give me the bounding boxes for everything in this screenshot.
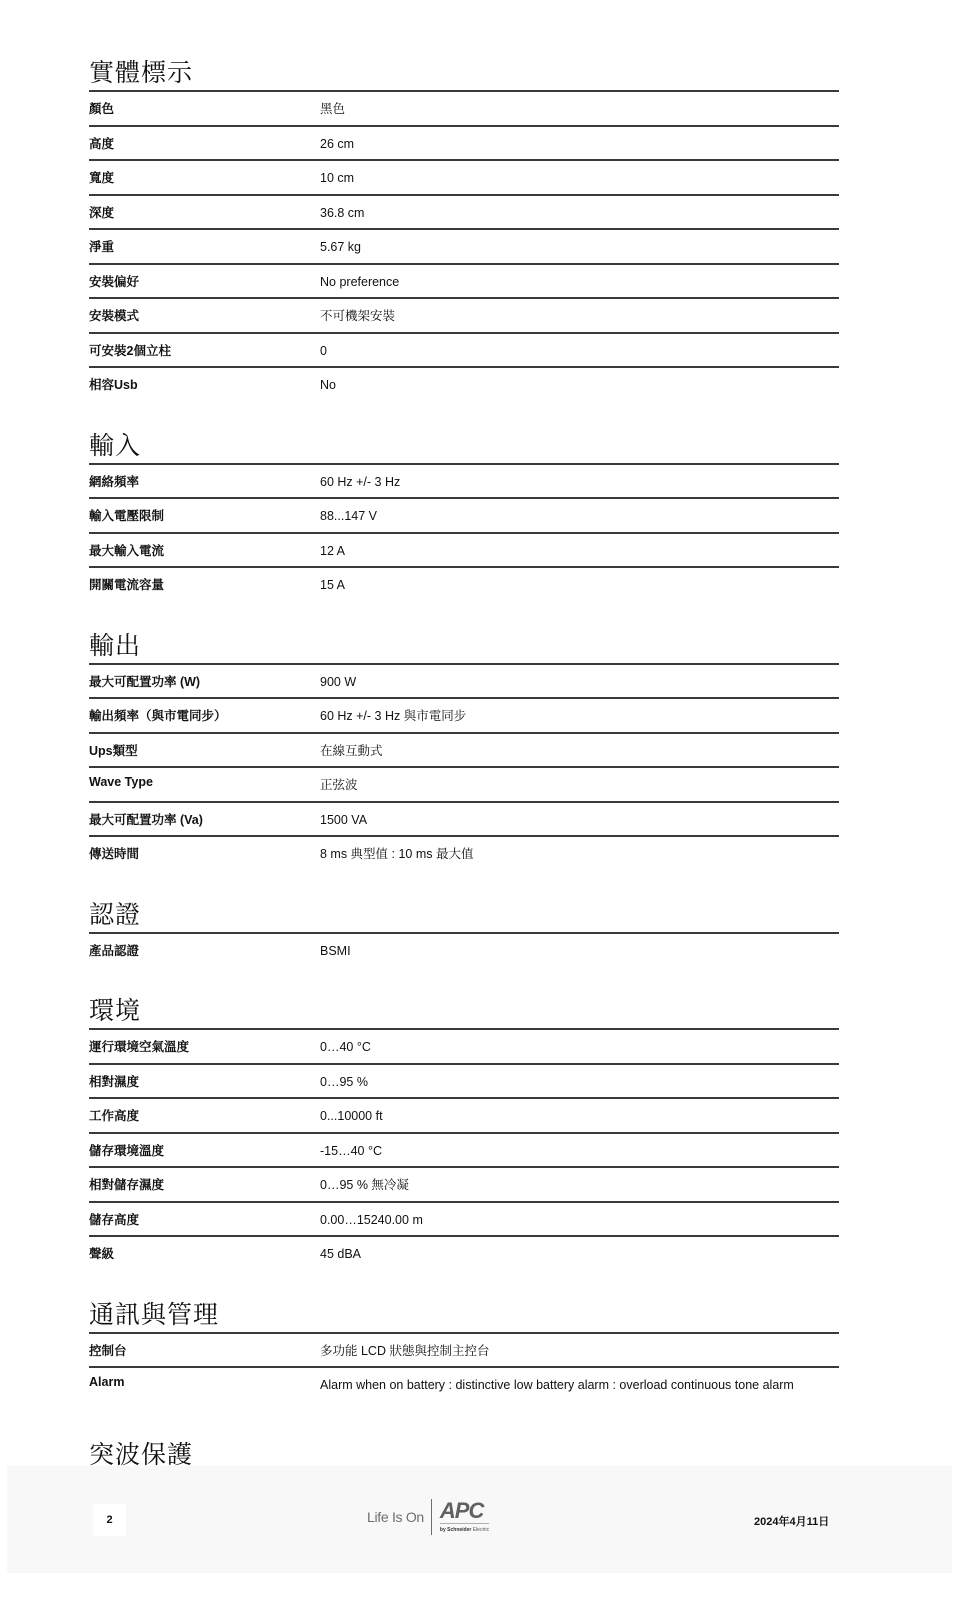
spec-label: Wave Type xyxy=(89,775,153,789)
schneider-electric: Electric xyxy=(473,1527,489,1533)
spec-row: 輸入電壓限制88...147 V xyxy=(89,499,839,534)
section-input: 輸入 網絡頻率60 Hz +/- 3 Hz 輸入電壓限制88...147 V 最… xyxy=(89,431,839,601)
section-title: 輸入 xyxy=(89,431,839,461)
spec-row: 深度36.8 cm xyxy=(89,196,839,231)
spec-row: 輸出頻率（與市電同步）60 Hz +/- 3 Hz 與市電同步 xyxy=(89,699,839,734)
spec-label: 運行環境空氣溫度 xyxy=(89,1037,189,1055)
spec-value: Alarm when on battery : distinctive low … xyxy=(320,1377,800,1393)
spec-label: 安裝偏好 xyxy=(89,272,139,290)
section-title: 認證 xyxy=(89,900,839,930)
spec-row: 控制台多功能 LCD 狀態與控制主控台 xyxy=(89,1334,839,1369)
spec-row: 聲級45 dBA xyxy=(89,1237,839,1270)
spec-value: 0...10000 ft xyxy=(320,1108,800,1124)
spec-label: 相容Usb xyxy=(89,375,138,393)
spec-row: 最大可配置功率 (W)900 W xyxy=(89,665,839,700)
spec-label: 寬度 xyxy=(89,168,114,186)
spec-row: 寬度10 cm xyxy=(89,161,839,196)
spec-row: 淨重5.67 kg xyxy=(89,230,839,265)
spec-row: 開關電流容量15 A xyxy=(89,568,839,601)
section-physical: 實體標示 顏色黑色 高度26 cm 寬度10 cm 深度36.8 cm 淨重5.… xyxy=(89,58,839,401)
spec-value: 60 Hz +/- 3 Hz xyxy=(320,474,800,490)
spec-row: 安裝模式不可機架安裝 xyxy=(89,299,839,334)
spec-label: 安裝模式 xyxy=(89,306,139,324)
spec-value: 0 xyxy=(320,343,800,359)
spec-value: 10 cm xyxy=(320,170,800,186)
spec-label: 聲級 xyxy=(89,1244,114,1262)
spec-row: Wave Type正弦波 xyxy=(89,768,839,803)
spec-value: 0…95 % 無冷凝 xyxy=(320,1177,800,1193)
spec-row: 網絡頻率60 Hz +/- 3 Hz xyxy=(89,465,839,500)
spec-value: 26 cm xyxy=(320,136,800,152)
spec-value: 在線互動式 xyxy=(320,743,800,759)
spec-label: 最大可配置功率 (W) xyxy=(89,672,200,690)
spec-row: 儲存高度0.00…15240.00 m xyxy=(89,1203,839,1238)
spec-value: 不可機架安裝 xyxy=(320,308,800,324)
spec-value: No xyxy=(320,377,800,393)
spec-value: 0…40 °C xyxy=(320,1039,800,1055)
spec-value: 0…95 % xyxy=(320,1074,800,1090)
spec-row: 最大可配置功率 (Va)1500 VA xyxy=(89,803,839,838)
spec-label: 工作高度 xyxy=(89,1106,139,1124)
spec-label: 傳送時間 xyxy=(89,844,139,862)
spec-value: 60 Hz +/- 3 Hz 與市電同步 xyxy=(320,708,800,724)
spec-value: 12 A xyxy=(320,543,800,559)
spec-row: 顏色黑色 xyxy=(89,92,839,127)
spec-label: 儲存高度 xyxy=(89,1210,139,1228)
section-environment: 環境 運行環境空氣溫度0…40 °C 相對濕度0…95 % 工作高度0...10… xyxy=(89,996,839,1270)
section-output: 輸出 最大可配置功率 (W)900 W 輸出頻率（與市電同步）60 Hz +/-… xyxy=(89,631,839,870)
spec-row: 安裝偏好No preference xyxy=(89,265,839,300)
spec-label: 相對儲存濕度 xyxy=(89,1175,164,1193)
spec-label: 儲存環境溫度 xyxy=(89,1141,164,1159)
spec-label: 輸出頻率（與市電同步） xyxy=(89,706,227,724)
spec-label: 深度 xyxy=(89,203,114,221)
schneider-subtitle: by Schneider Electric xyxy=(440,1527,489,1533)
brand-logo: Life Is On APC by Schneider Electric xyxy=(367,1494,489,1539)
spec-value: 8 ms 典型值 : 10 ms 最大值 xyxy=(320,846,800,862)
spec-value: 多功能 LCD 狀態與控制主控台 xyxy=(320,1343,800,1359)
section-certification: 認證 產品認證BSMI xyxy=(89,900,839,967)
spec-row: 產品認證BSMI xyxy=(89,934,839,967)
spec-label: 控制台 xyxy=(89,1341,127,1359)
spec-value: 15 A xyxy=(320,577,800,593)
page-footer: 2 Life Is On APC by Schneider Electric 2… xyxy=(7,1466,952,1573)
spec-label: 高度 xyxy=(89,134,114,152)
spec-row: 相容UsbNo xyxy=(89,368,839,401)
page-number: 2 xyxy=(93,1504,126,1536)
apc-wordmark: APC xyxy=(440,1501,489,1524)
spec-value: 36.8 cm xyxy=(320,205,800,221)
spec-label: 最大可配置功率 (Va) xyxy=(89,810,203,828)
spec-value: 900 W xyxy=(320,674,800,690)
spec-row: 相對儲存濕度0…95 % 無冷凝 xyxy=(89,1168,839,1203)
spec-label: 淨重 xyxy=(89,237,114,255)
life-is-on-tagline: Life Is On xyxy=(367,1509,424,1525)
logo-divider xyxy=(431,1499,432,1535)
spec-label: 最大輸入電流 xyxy=(89,541,164,559)
spec-label: 開關電流容量 xyxy=(89,575,164,593)
spec-value: 88...147 V xyxy=(320,508,800,524)
spec-row: 儲存環境溫度-15…40 °C xyxy=(89,1134,839,1169)
spec-row: 工作高度0...10000 ft xyxy=(89,1099,839,1134)
spec-row: 傳送時間8 ms 典型值 : 10 ms 最大值 xyxy=(89,837,839,870)
section-title: 環境 xyxy=(89,996,839,1026)
spec-row: Ups類型在線互動式 xyxy=(89,734,839,769)
spec-row: 最大輸入電流12 A xyxy=(89,534,839,569)
schneider-bold: by Schneider xyxy=(440,1527,471,1533)
spec-value: -15…40 °C xyxy=(320,1143,800,1159)
spec-label: Alarm xyxy=(89,1375,124,1389)
spec-document: 實體標示 顏色黑色 高度26 cm 寬度10 cm 深度36.8 cm 淨重5.… xyxy=(89,0,839,1470)
spec-value: 黑色 xyxy=(320,101,800,117)
spec-row: 高度26 cm xyxy=(89,127,839,162)
spec-label: 顏色 xyxy=(89,99,114,117)
spec-label: 輸入電壓限制 xyxy=(89,506,164,524)
spec-label: Ups類型 xyxy=(89,741,138,759)
spec-row: 運行環境空氣溫度0…40 °C xyxy=(89,1030,839,1065)
spec-value: 5.67 kg xyxy=(320,239,800,255)
section-title: 輸出 xyxy=(89,631,839,661)
spec-value: 45 dBA xyxy=(320,1246,800,1262)
section-communication: 通訊與管理 控制台多功能 LCD 狀態與控制主控台 AlarmAlarm whe… xyxy=(89,1300,839,1419)
spec-value: 1500 VA xyxy=(320,812,800,828)
apc-logo: APC by Schneider Electric xyxy=(440,1501,489,1533)
spec-row: AlarmAlarm when on battery : distinctive… xyxy=(89,1368,839,1418)
spec-row: 相對濕度0…95 % xyxy=(89,1065,839,1100)
document-date: 2024年4月11日 xyxy=(754,1513,829,1529)
spec-label: 網絡頻率 xyxy=(89,472,139,490)
section-title: 實體標示 xyxy=(89,58,839,88)
spec-value: 0.00…15240.00 m xyxy=(320,1212,800,1228)
spec-value: BSMI xyxy=(320,943,800,959)
spec-row: 可安裝2個立柱0 xyxy=(89,334,839,369)
spec-label: 產品認證 xyxy=(89,941,139,959)
section-title: 通訊與管理 xyxy=(89,1300,839,1330)
spec-label: 可安裝2個立柱 xyxy=(89,341,171,359)
spec-value: 正弦波 xyxy=(320,777,800,793)
spec-label: 相對濕度 xyxy=(89,1072,139,1090)
spec-value: No preference xyxy=(320,274,800,290)
